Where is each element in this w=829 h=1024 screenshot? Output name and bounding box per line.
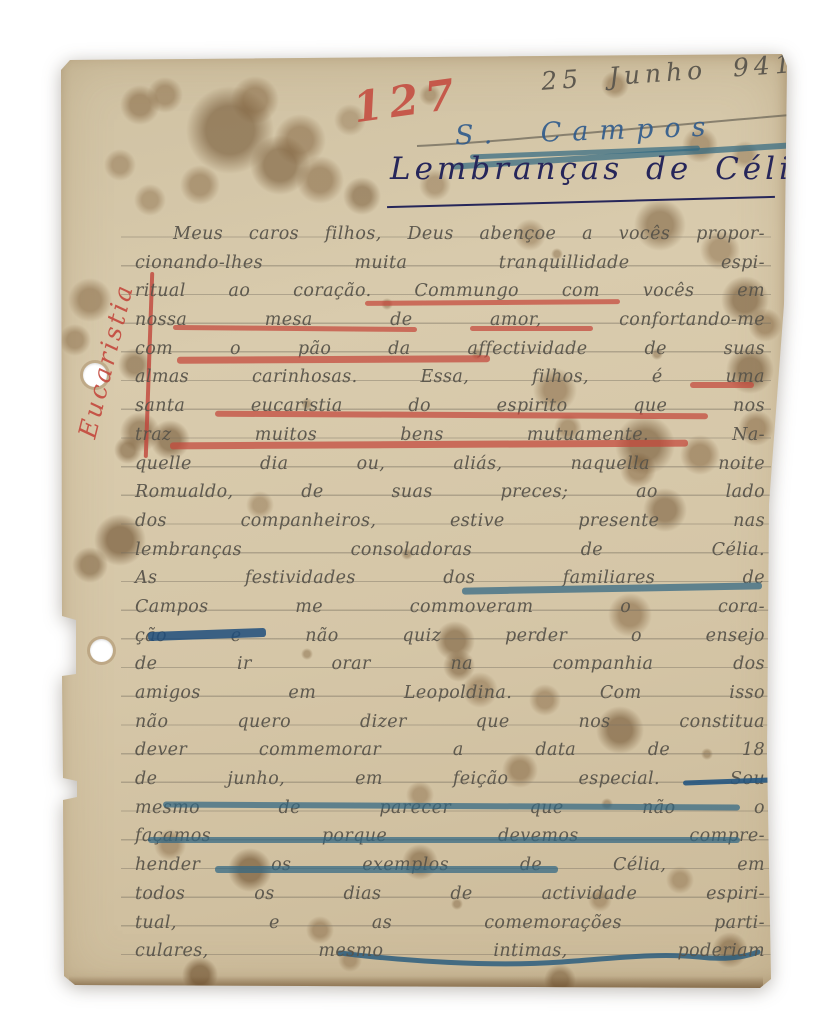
handwritten-line: não quero dizer que nos constitua	[135, 708, 765, 737]
handwritten-line: de junho, em feição especial. Sou	[135, 765, 765, 794]
handwritten-line: santa eucaristia do espirito que nos	[135, 392, 765, 421]
handwritten-line: tual, e as comemorações parti-	[135, 909, 765, 938]
handwritten-line: cionando-lhes muita tranquillidade espi-	[135, 249, 765, 278]
bottom-edge-wear	[69, 976, 763, 989]
handwritten-line: dever commemorar a data de 18	[135, 736, 765, 765]
handwritten-line: com o pão da affectividade de suas	[135, 335, 765, 364]
manuscript-page: 127 25 Junho 941 S. Campos Lembranças de…	[57, 54, 787, 991]
handwritten-line: nossa mesa de amor, confortando-me	[135, 306, 765, 335]
handwritten-line: façamos porque devemos compre-	[135, 822, 765, 851]
handwritten-line: dos companheiros, estive presente nas	[135, 507, 765, 536]
scanned-document: 127 25 Junho 941 S. Campos Lembranças de…	[0, 0, 829, 1024]
handwritten-line: As festividades dos familiares de	[135, 564, 765, 593]
handwritten-line: ção e não quiz perder o ensejo	[135, 622, 765, 651]
handwritten-line: Meus caros filhos, Deus abençoe a vocês …	[135, 220, 765, 249]
handwritten-line: Campos me commoveram o cora-	[135, 593, 765, 622]
handwritten-line: amigos em Leopoldina. Com isso	[135, 679, 765, 708]
body-text: Meus caros filhos, Deus abençoe a vocês …	[135, 220, 765, 966]
handwritten-line: lembranças consoladoras de Célia.	[135, 536, 765, 565]
handwritten-line: traz muitos bens mutuamente. Na-	[135, 421, 765, 450]
handwritten-line: de ir orar na companhia dos	[135, 650, 765, 679]
title-underline	[387, 196, 775, 209]
punch-hole-bottom	[90, 639, 113, 662]
document-title: Lembranças de Célia	[390, 151, 815, 187]
handwritten-line: todos os dias de actividade espiri-	[135, 880, 765, 909]
page-number-annotation: 127	[350, 69, 464, 133]
handwritten-line: hender os exemplos de Célia, em	[135, 851, 765, 880]
handwritten-line: mesmo de parecer que não o	[135, 794, 765, 823]
date-heading: 25 Junho 941	[540, 49, 796, 96]
paper-wrapper: 127 25 Junho 941 S. Campos Lembranças de…	[57, 54, 787, 991]
handwritten-line: almas carinhosas. Essa, filhos, é uma	[135, 363, 765, 392]
handwritten-line: Romualdo, de suas preces; ao lado	[135, 478, 765, 507]
handwritten-line: quelle dia ou, aliás, naquella noite	[135, 450, 765, 479]
handwritten-line: culares, mesmo intimas, poderiam	[135, 937, 765, 966]
handwritten-line: ritual ao coração. Commungo com vocês em	[135, 277, 765, 306]
